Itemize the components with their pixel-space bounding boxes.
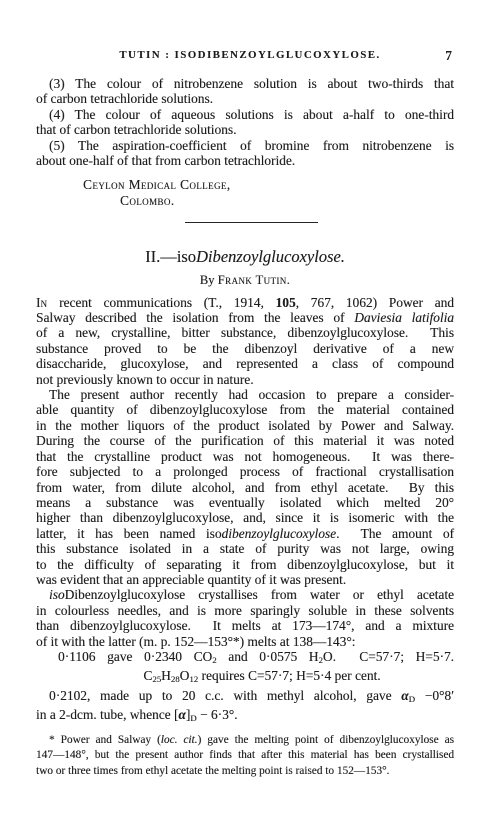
text-run: fore subjected to a prolonged process of… (36, 464, 454, 479)
text-run: 25 (152, 674, 161, 684)
article-title: II.—isoDibenzoylglucoxylose. (36, 247, 454, 267)
text-run: (4) The colour of aqueous solutions is a… (49, 107, 454, 122)
text-run: O. C=57·7; H=5·7. (323, 649, 454, 664)
section-rule (185, 222, 318, 223)
text-run: that the crystalline product was not hom… (36, 449, 454, 464)
text-run: Dibenzoylglucoxylose crystallises from w… (65, 587, 454, 602)
paragraph-line: was evident that an appreciable quantity… (36, 572, 454, 587)
text-run: , 767, 1062) Power and (296, 295, 454, 310)
text-run: Frank Tutin. (218, 273, 291, 287)
text-run: dibenzoylglucoxylose (222, 526, 337, 541)
text-run: disaccharide, glucoxylose, and represent… (36, 356, 454, 371)
paragraph-line: During the course of the purification of… (36, 433, 454, 448)
footnote-line: 147—148°, but the present author finds t… (36, 748, 454, 763)
text-run: α (401, 688, 408, 703)
page-number: 7 (445, 48, 452, 64)
text-run: 28 (171, 674, 180, 684)
text-run: of it with the latter (m. p. 152—153°*) … (36, 634, 355, 649)
text-run: means a substance was eventually isolate… (36, 495, 454, 510)
text-run: Dibenzoylglucoxylose. (196, 247, 345, 266)
page-body: (3) The colour of nitrobenzene solution … (36, 76, 454, 779)
text-run: of a new, crystalline, bitter substance,… (36, 325, 454, 340)
text-run: than dibenzoylglucoxylose. It melts at 1… (36, 618, 454, 633)
paragraph-line: than dibenzoylglucoxylose. It melts at 1… (36, 618, 454, 633)
text-run: * Power and Salway ( (49, 734, 161, 746)
article-byline: By Frank Tutin. (36, 273, 454, 288)
paragraph-line: in a 2-dcm. tube, whence [α]D − 6·3°. (36, 707, 454, 726)
paragraph-line: this substance isolated in a state of pu… (36, 541, 454, 556)
text-run: requires C=57·7; H=5·4 per cent. (198, 668, 380, 683)
analysis-line: C25H28O12 requires C=57·7; H=5·4 per cen… (36, 668, 454, 687)
text-run: substance proved to be the dibenzoyl der… (36, 341, 454, 356)
text-run: in the mother liquors of the product iso… (36, 418, 454, 433)
text-run: not previously known to occur in nature. (36, 372, 254, 387)
footnote-line: * Power and Salway (loc. cit.) gave the … (36, 733, 454, 748)
text-run: and 0·0575 H (217, 649, 319, 664)
paragraph-line: means a substance was eventually isolate… (36, 495, 454, 510)
text-run: higher than dibenzoylglucoxylose, and, s… (36, 510, 454, 525)
running-head: TUTIN : ISODIBENZOYLGLUCOXYLOSE. 7 (36, 48, 454, 64)
paragraph-line: in colourless needles, and is more spari… (36, 603, 454, 618)
paragraph-line: that the crystalline product was not hom… (36, 449, 454, 464)
text-run: −0°8′ (415, 688, 454, 703)
signature-line: Ceylon Medical College, (36, 177, 454, 192)
paragraph-line: (3) The colour of nitrobenzene solution … (36, 76, 454, 91)
text-run: 0·1106 gave 0·2340 CO (58, 649, 212, 664)
analysis-line: 0·1106 gave 0·2340 CO2 and 0·0575 H2O. C… (36, 649, 454, 668)
text-run: about one-half of that from carbon tetra… (36, 153, 295, 168)
text-run: C (143, 668, 152, 683)
footnote-line: two or three times from ethyl acetate th… (36, 764, 454, 779)
journal-page: TUTIN : ISODIBENZOYLGLUCOXYLOSE. 7 (3) T… (0, 0, 500, 825)
text-run: able quantity of dibenzoylglucoxylose fr… (36, 402, 454, 417)
paragraph-line: that of carbon tetrachloride solutions. (36, 122, 454, 137)
text-run: Salway described the isolation from the … (36, 310, 354, 325)
paragraph-line: isoDibenzoylglucoxylose crystallises fro… (36, 587, 454, 602)
text-run: During the course of the purification of… (36, 433, 454, 448)
paragraph-line: from water, from dilute alcohol, and fro… (36, 480, 454, 495)
paragraph-line: not previously known to occur in nature. (36, 372, 454, 387)
text-run: 147—148°, but the present author finds t… (36, 749, 454, 761)
text-run: 105 (276, 295, 296, 310)
signature-line: Colombo. (36, 193, 454, 208)
text-run: recent communications (T., 1914, (47, 295, 275, 310)
paragraph-line: substance proved to be the dibenzoyl der… (36, 341, 454, 356)
paragraph-line: In recent communications (T., 1914, 105,… (36, 295, 454, 310)
text-run: ) gave the melting point of dibenzoylglu… (198, 734, 454, 746)
text-run: 12 (189, 674, 198, 684)
paragraph-line: latter, it has been named isodibenzoylgl… (36, 526, 454, 541)
paragraph-line: about one-half of that from carbon tetra… (36, 153, 454, 168)
paragraph-line: The present author recently had occasion… (36, 387, 454, 402)
paragraph-line: of it with the latter (m. p. 152—153°*) … (36, 634, 454, 649)
text-run: α (178, 707, 185, 722)
text-run: in a 2-dcm. tube, whence [ (36, 707, 178, 722)
paragraph-line: to the difficulty of separating it from … (36, 557, 454, 572)
paragraph-line: of carbon tetrachloride solutions. (36, 91, 454, 106)
text-run: of carbon tetrachloride solutions. (36, 91, 213, 106)
text-run: − 6·3°. (197, 707, 238, 722)
text-run: this substance isolated in a state of pu… (36, 541, 454, 556)
text-run: The present author recently had occasion… (49, 387, 454, 402)
paragraph-line: of a new, crystalline, bitter substance,… (36, 325, 454, 340)
paragraph-line: able quantity of dibenzoylglucoxylose fr… (36, 402, 454, 417)
paragraph-line: 0·2102, made up to 20 c.c. with methyl a… (36, 688, 454, 707)
paragraph-line: fore subjected to a prolonged process of… (36, 464, 454, 479)
paragraph-line: higher than dibenzoylglucoxylose, and, s… (36, 510, 454, 525)
paragraph-line: (4) The colour of aqueous solutions is a… (36, 107, 454, 122)
text-run: Ceylon Medical College, (83, 177, 231, 192)
text-run: H (161, 668, 171, 683)
text-run: Daviesia latifolia (354, 310, 454, 325)
text-run: that of carbon tetrachloride solutions. (36, 122, 236, 137)
paragraph-line: Salway described the isolation from the … (36, 310, 454, 325)
text-run: (3) The colour of nitrobenzene solution … (49, 76, 454, 91)
text-run: loc. cit. (161, 734, 198, 746)
paragraph-line: in the mother liquors of the product iso… (36, 418, 454, 433)
text-run: was evident that an appreciable quantity… (36, 572, 346, 587)
text-run: iso (49, 587, 65, 602)
paragraph-line: disaccharide, glucoxylose, and represent… (36, 356, 454, 371)
text-run: two or three times from ethyl acetate th… (36, 765, 389, 777)
text-run: in colourless needles, and is more spari… (36, 603, 454, 618)
text-run: . The amount of (336, 526, 454, 541)
text-run: latter, it has been named iso (36, 526, 222, 541)
text-run: from water, from dilute alcohol, and fro… (36, 480, 454, 495)
text-run: By (200, 273, 218, 287)
text-run: (5) The aspiration-coefficient of bromin… (49, 138, 454, 153)
running-head-title: TUTIN : ISODIBENZOYLGLUCOXYLOSE. (36, 49, 454, 61)
text-run: II.—iso (145, 247, 196, 266)
text-run: to the difficulty of separating it from … (36, 557, 454, 572)
text-run: Colombo. (120, 193, 174, 208)
text-run: 0·2102, made up to 20 c.c. with methyl a… (49, 688, 401, 703)
text-run: O (180, 668, 190, 683)
paragraph-line: (5) The aspiration-coefficient of bromin… (36, 138, 454, 153)
